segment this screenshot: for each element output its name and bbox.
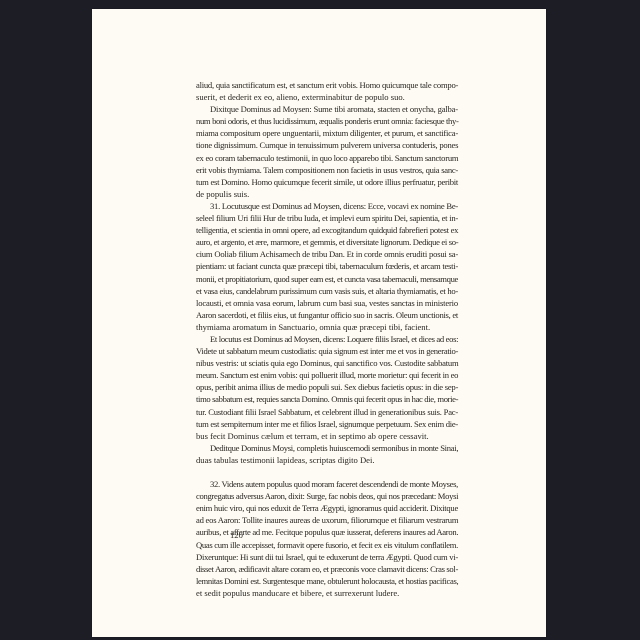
text-line: 32. Videns autem populus quod moram face… [196,478,458,490]
text-line: ex eo coram tabernaculo testimonii, in q… [196,152,458,164]
text-line: auro, et argento, et ære, marmore, et ge… [196,236,458,248]
text-line: tur. Custodiant filii Israel Sabbatum, e… [196,406,458,418]
text-line: Dixeruntque: Hi sunt dii tui Israel, qui… [196,551,458,563]
text-line: de populis suis. [196,188,458,200]
text-line: et sedit populus manducare et bibere, et… [196,587,458,599]
paragraph-dixitque: Dixitque Dominus ad Moysen: Sume tibi ar… [196,103,458,200]
text-line: suerit, et dederit ex eo, alieno, exterm… [196,91,458,103]
text-line: enim huic viro, qui nos eduxit de Terra … [196,502,458,514]
text-line: duas tabulas testimonii lapideas, script… [196,454,458,466]
text-line: locausti, et omnia vasa eorum, labrum cu… [196,297,458,309]
text-line: pientiam: ut faciant cuncta quæ præcepi … [196,260,458,272]
text-line: miama compositum opere unguentarii, mixt… [196,127,458,139]
text-line: tione dignissimum. Cumque in tenuissimum… [196,139,458,151]
text-line: tum est Domino. Homo quicumque fecerit s… [196,176,458,188]
text-line: meum. Sanctum est enim vobis: qui pollue… [196,369,458,381]
page-number: 120 [230,530,243,540]
paragraph-deditque: Deditque Dominus Moysi, completis huiusc… [196,442,458,466]
text-line: Dixitque Dominus ad Moysen: Sume tibi ar… [196,103,458,115]
text-line: num boni odoris, et thus lucidissimum, æ… [196,115,458,127]
text-line: ad eos Aaron: Tollite inaures aureas de … [196,514,458,526]
text-line: Et locutus est Dominus ad Moysen, dicens… [196,333,458,345]
text-line: thymiama aromatum in Sanctuario, omnia q… [196,321,458,333]
text-line: erit vobis thymiama. Talem compositionem… [196,164,458,176]
paragraph-et-locutus: Et locutus est Dominus ad Moysen, dicens… [196,333,458,442]
text-line: lemnitas Domini est. Surgentesque mane, … [196,575,458,587]
paragraph-continuation: aliud, quia sanctificatum est, et sanctu… [196,79,458,103]
text-line: disset Aaron, ædificavit altare coram eo… [196,563,458,575]
text-line: Quas cum ille accepisset, formavit opere… [196,539,458,551]
text-line: bus fecit Dominus cælum et terram, et in… [196,430,458,442]
text-line: cium Ooliab filium Achisamech de tribu D… [196,248,458,260]
text-line: opus, peribit anima illius de medio popu… [196,381,458,393]
paragraph-31: 31. Locutusque est Dominus ad Moysen, di… [196,200,458,333]
text-line: Deditque Dominus Moysi, completis huiusc… [196,442,458,454]
book-page: aliud, quia sanctificatum est, et sanctu… [92,9,546,637]
text-line: 31. Locutusque est Dominus ad Moysen, di… [196,200,458,212]
text-line: nibus vestris: ut sciatis quia ego Domin… [196,357,458,369]
text-line: et vasa eius, candelabrum purissimum cum… [196,285,458,297]
text-line: tum est sempiternum inter me et filios I… [196,418,458,430]
text-line: timo sabbatum est, requies sancta Domino… [196,393,458,405]
text-block: aliud, quia sanctificatum est, et sanctu… [196,79,458,599]
text-line: seleel filium Uri filii Hur de tribu Iud… [196,212,458,224]
text-line: congregatus adversus Aaron, dixit: Surge… [196,490,458,502]
text-line: aliud, quia sanctificatum est, et sanctu… [196,79,458,91]
text-line: Aaron sacerdoti, et filiis eius, ut fung… [196,309,458,321]
text-line: Videte ut sabbatum meum custodiatis: qui… [196,345,458,357]
paragraph-gap [196,466,458,478]
text-line: monii, et propitiatorium, quod super eam… [196,273,458,285]
text-line: telligentia, et scientia in omni opere, … [196,224,458,236]
